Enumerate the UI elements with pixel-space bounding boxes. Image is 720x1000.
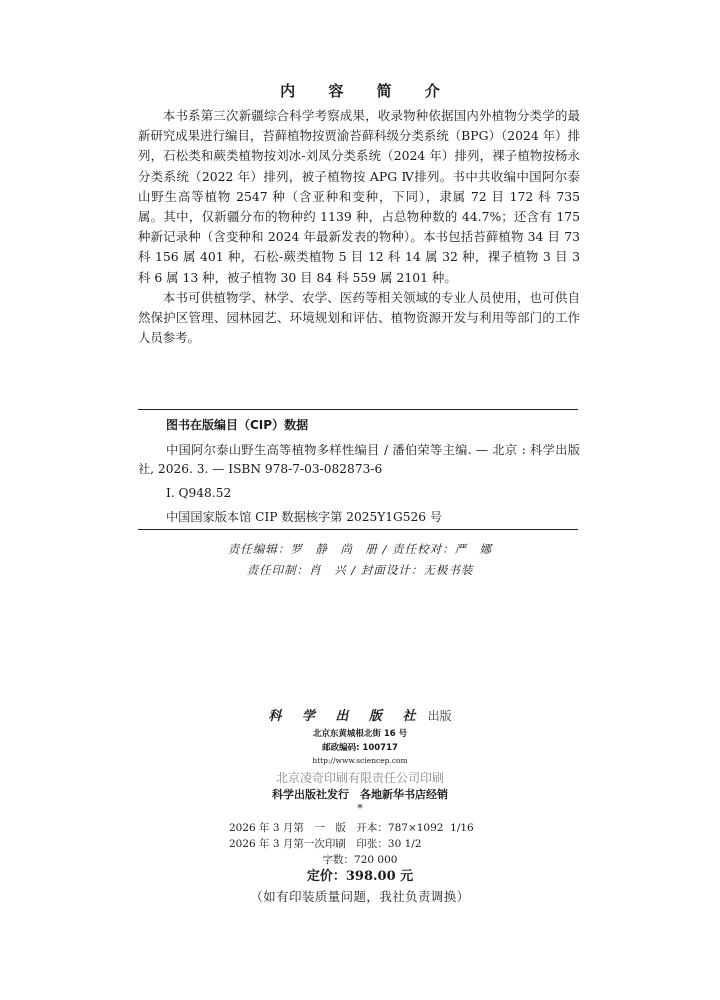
publisher-suffix: 出版 <box>428 709 452 723</box>
cip-top-divider <box>138 409 578 410</box>
edition-info: 2026 年 3 月第 一 版 开本：787×1092 1/162026 年 3… <box>229 820 474 852</box>
publisher-postcode: 邮政编码: 100717 <box>0 741 720 755</box>
distribution-info: 科学出版社发行 各地新华书店经销 <box>0 787 720 803</box>
publisher-name-line: 科 学 出 版 社 出版 <box>0 706 720 727</box>
cip-classification: Ⅰ. Q948.52 <box>138 484 580 503</box>
intro-section: 本书系第三次新疆综合科学考察成果，收录物种依据国内外植物分类学的最新研究成果进行… <box>138 106 580 348</box>
publisher-url: http://www.sciencep.com <box>0 755 720 767</box>
edition-line-2: 2026 年 3 月第一次印刷 印张：30 1/2 <box>229 836 474 852</box>
cip-block: 图书在版编目（CIP）数据 中国阿尔泰山野生高等植物多样性编目 / 潘伯荣等主编… <box>138 416 580 527</box>
page-title: 内 容 简 介 <box>0 80 720 101</box>
intro-paragraph-2: 本书可供植物学、林学、农学、医药等相关领域的专业人员使用，也可供自然保护区管理、… <box>138 288 580 349</box>
credits-production: 责任印制：肖 兴 / 封面设计：无极书装 <box>0 560 720 581</box>
price: 定价：398.00 元 <box>0 867 720 887</box>
cip-approval-number: 中国国家版本馆 CIP 数据核字第 2025Y1G526 号 <box>138 508 580 527</box>
cip-title: 图书在版编目（CIP）数据 <box>138 416 580 435</box>
quality-note: （如有印装质量问题，我社负责调换） <box>0 888 720 906</box>
publisher-block: 科 学 出 版 社 出版 北京东黄城根北街 16 号 邮政编码: 100717 … <box>0 706 720 814</box>
intro-paragraph-1: 本书系第三次新疆综合科学考察成果，收录物种依据国内外植物分类学的最新研究成果进行… <box>138 106 580 288</box>
credits-editors: 责任编辑：罗 静 尚 册 / 责任校对：严 娜 <box>0 539 720 560</box>
credits-block: 责任编辑：罗 静 尚 册 / 责任校对：严 娜 责任印制：肖 兴 / 封面设计：… <box>0 539 720 581</box>
printer-name: 北京凌奇印刷有限责任公司印刷 <box>0 769 720 787</box>
cip-bottom-divider <box>138 529 578 530</box>
publisher-logo-text: 科 学 出 版 社 <box>268 709 423 724</box>
publisher-address: 北京东黄城根北街 16 号 <box>0 727 720 741</box>
edition-line-1: 2026 年 3 月第 一 版 开本：787×1092 1/16 <box>229 820 474 836</box>
cip-entry: 中国阿尔泰山野生高等植物多样性编目 / 潘伯荣等主编. — 北京 : 科学出版社… <box>138 441 580 479</box>
separator-star: * <box>0 803 720 814</box>
word-count: 字数：720 000 <box>0 852 720 868</box>
